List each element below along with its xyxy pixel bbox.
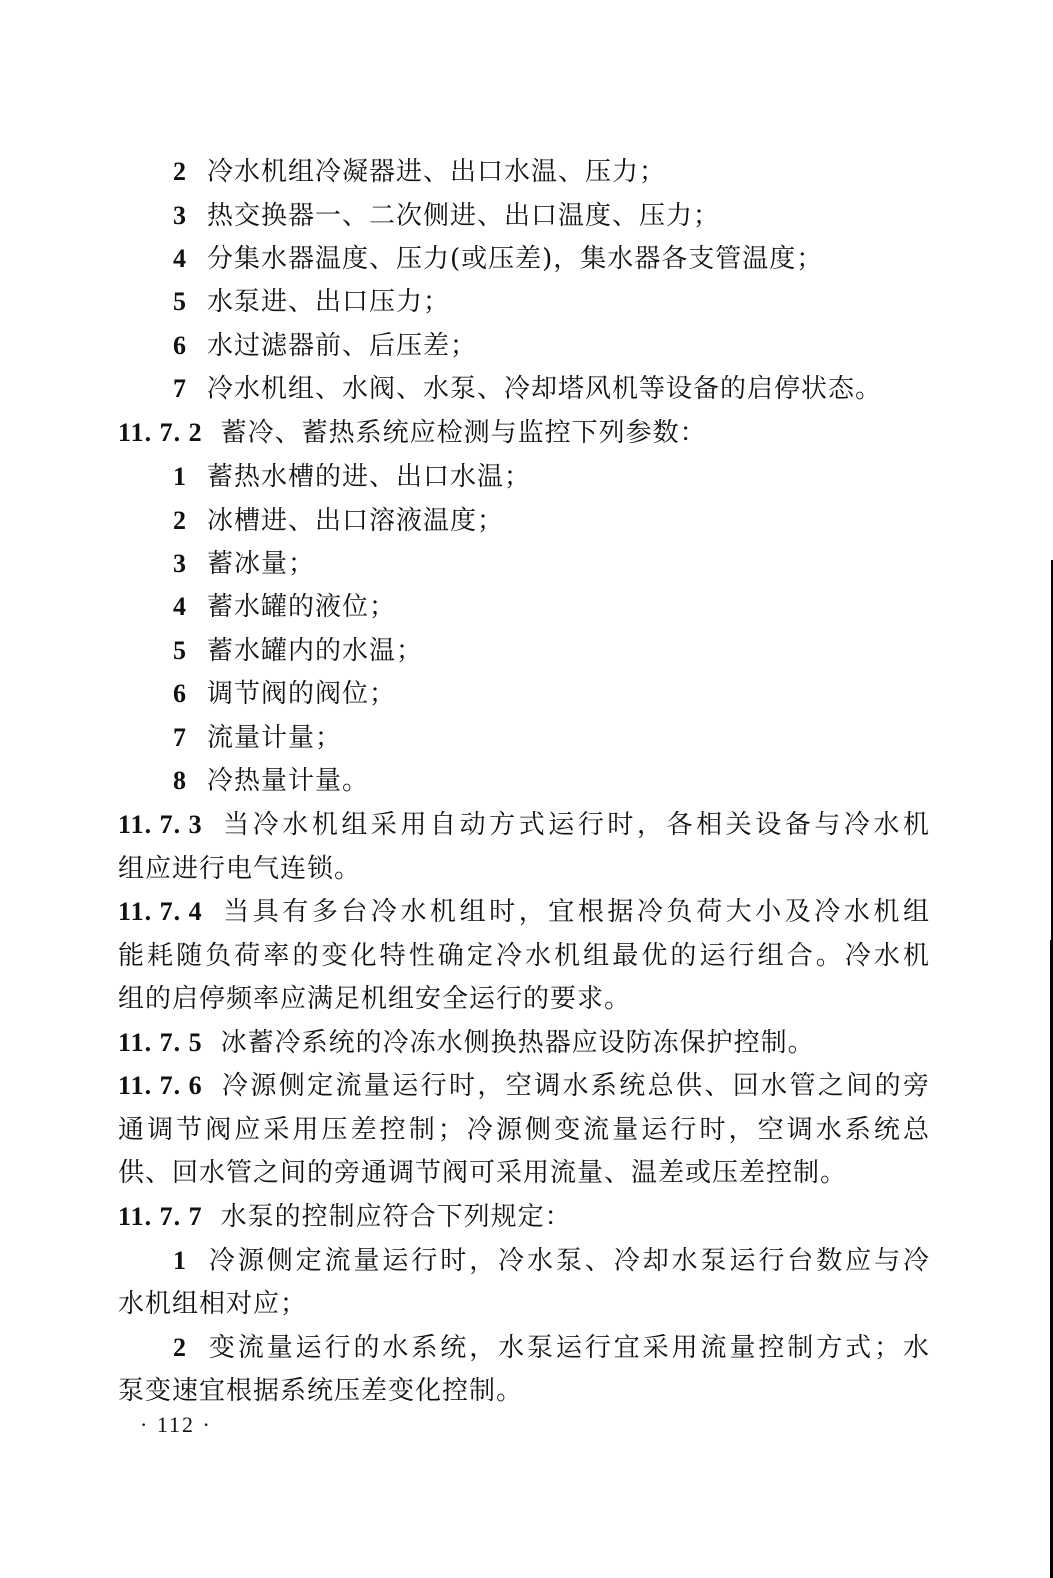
item-number: 1: [173, 1245, 187, 1277]
item-number: 7: [173, 722, 187, 754]
item-number: 7: [173, 373, 187, 405]
list-item: 3蓄冰量；: [173, 548, 315, 580]
section-11-7-3-line2: 组应进行电气连锁。: [118, 853, 361, 885]
list-item: 3热交换器一、二次侧进、出口温度、压力；: [173, 200, 720, 232]
section-number: 11. 7. 3: [118, 809, 203, 841]
list-item: 4蓄水罐的液位；: [173, 591, 396, 623]
section-text: 冷源侧定流量运行时，空调水系统总供、回水管之间的旁: [221, 1071, 930, 1101]
list-item: 6调节阀的阀位；: [173, 678, 396, 710]
item-text: 冰槽进、出口溶液温度；: [207, 506, 504, 536]
item-number: 2: [173, 505, 187, 537]
section-11-7-6-line2: 通调节阀应采用压差控制；冷源侧变流量运行时，空调水系统总: [118, 1114, 930, 1146]
item-text: 冷水机组冷凝器进、出口水温、压力；: [207, 157, 666, 187]
section-text: 水泵的控制应符合下列规定：: [221, 1202, 572, 1232]
item-text: 水过滤器前、后压差；: [207, 331, 477, 361]
section-11-7-4-line1: 11. 7. 4当具有多台冷水机组时，宜根据冷负荷大小及冷水机组: [118, 896, 930, 928]
list-item: 5水泵进、出口压力；: [173, 286, 450, 318]
section-11-7-4-line3: 组的启停频率应满足机组安全运行的要求。: [118, 983, 631, 1015]
item-text: 蓄热水槽的进、出口水温；: [207, 462, 531, 492]
item-number: 4: [173, 591, 187, 623]
section-11-7-6-line1: 11. 7. 6冷源侧定流量运行时，空调水系统总供、回水管之间的旁: [118, 1070, 930, 1102]
item-text: 蓄冰量；: [207, 549, 315, 579]
list-item: 2冰槽进、出口溶液温度；: [173, 505, 504, 537]
section-11-7-7-item1-line1: 1冷源侧定流量运行时，冷水泵、冷却水泵运行台数应与冷: [173, 1245, 930, 1277]
item-text: 调节阀的阀位；: [207, 679, 396, 709]
section-11-7-5: 11. 7. 5冰蓄冷系统的冷冻水侧换热器应设防冻保护控制。: [118, 1027, 815, 1059]
section-11-7-3-line1: 11. 7. 3当冷水机组采用自动方式运行时，各相关设备与冷水机: [118, 809, 930, 841]
item-number: 6: [173, 678, 187, 710]
item-text: 蓄水罐内的水温；: [207, 636, 423, 666]
item-text: 分集水器温度、压力(或压差)，集水器各支管温度；: [207, 244, 823, 274]
section-text: 当冷水机组采用自动方式运行时，各相关设备与冷水机: [221, 810, 930, 840]
list-item: 4分集水器温度、压力(或压差)，集水器各支管温度；: [173, 243, 823, 275]
item-number: 5: [173, 635, 187, 667]
item-text: 冷源侧定流量运行时，冷水泵、冷却水泵运行台数应与冷: [207, 1246, 930, 1276]
item-text: 流量计量；: [207, 723, 342, 753]
section-text: 当具有多台冷水机组时，宜根据冷负荷大小及冷水机组: [221, 897, 930, 927]
item-number: 2: [173, 1332, 187, 1364]
item-number: 2: [173, 156, 187, 188]
list-item: 1蓄热水槽的进、出口水温；: [173, 461, 531, 493]
item-number: 1: [173, 461, 187, 493]
item-number: 6: [173, 330, 187, 362]
item-number: 3: [173, 548, 187, 580]
list-item: 5蓄水罐内的水温；: [173, 635, 423, 667]
item-text: 冷水机组、水阀、水泵、冷却塔风机等设备的启停状态。: [207, 374, 882, 404]
section-11-7-4-line2: 能耗随负荷率的变化特性确定冷水机组最优的运行组合。冷水机: [118, 940, 930, 972]
item-text: 热交换器一、二次侧进、出口温度、压力；: [207, 201, 720, 231]
document-page: 2冷水机组冷凝器进、出口水温、压力； 3热交换器一、二次侧进、出口温度、压力； …: [0, 0, 1053, 1578]
item-text: 水泵进、出口压力；: [207, 287, 450, 317]
item-number: 4: [173, 243, 187, 275]
section-11-7-7: 11. 7. 7水泵的控制应符合下列规定：: [118, 1201, 572, 1233]
section-11-7-7-item1-line2: 水机组相对应；: [118, 1288, 307, 1320]
section-number: 11. 7. 4: [118, 896, 203, 928]
section-number: 11. 7. 5: [118, 1027, 203, 1059]
list-item: 2冷水机组冷凝器进、出口水温、压力；: [173, 156, 666, 188]
section-number: 11. 7. 2: [118, 417, 203, 449]
page-number: · 112 ·: [140, 1412, 212, 1438]
section-text: 冰蓄冷系统的冷冻水侧换热器应设防冻保护控制。: [221, 1028, 815, 1058]
item-number: 5: [173, 286, 187, 318]
item-text: 蓄水罐的液位；: [207, 592, 396, 622]
list-item: 7冷水机组、水阀、水泵、冷却塔风机等设备的启停状态。: [173, 373, 882, 405]
section-number: 11. 7. 7: [118, 1201, 203, 1233]
section-11-7-7-item2-line2: 泵变速宜根据系统压差变化控制。: [118, 1375, 523, 1407]
list-item: 8冷热量计量。: [173, 765, 369, 797]
section-11-7-6-line3: 供、回水管之间的旁通调节阀可采用流量、温差或压差控制。: [118, 1157, 847, 1189]
item-text: 变流量运行的水系统，水泵运行宜采用流量控制方式；水: [207, 1333, 930, 1363]
list-item: 7流量计量；: [173, 722, 342, 754]
item-text: 冷热量计量。: [207, 766, 369, 796]
section-text: 蓄冷、蓄热系统应检测与监控下列参数：: [221, 418, 707, 448]
section-11-7-7-item2-line1: 2变流量运行的水系统，水泵运行宜采用流量控制方式；水: [173, 1332, 930, 1364]
section-heading-11-7-2: 11. 7. 2蓄冷、蓄热系统应检测与监控下列参数：: [118, 417, 707, 449]
list-item: 6水过滤器前、后压差；: [173, 330, 477, 362]
item-number: 8: [173, 765, 187, 797]
section-number: 11. 7. 6: [118, 1070, 203, 1102]
item-number: 3: [173, 200, 187, 232]
